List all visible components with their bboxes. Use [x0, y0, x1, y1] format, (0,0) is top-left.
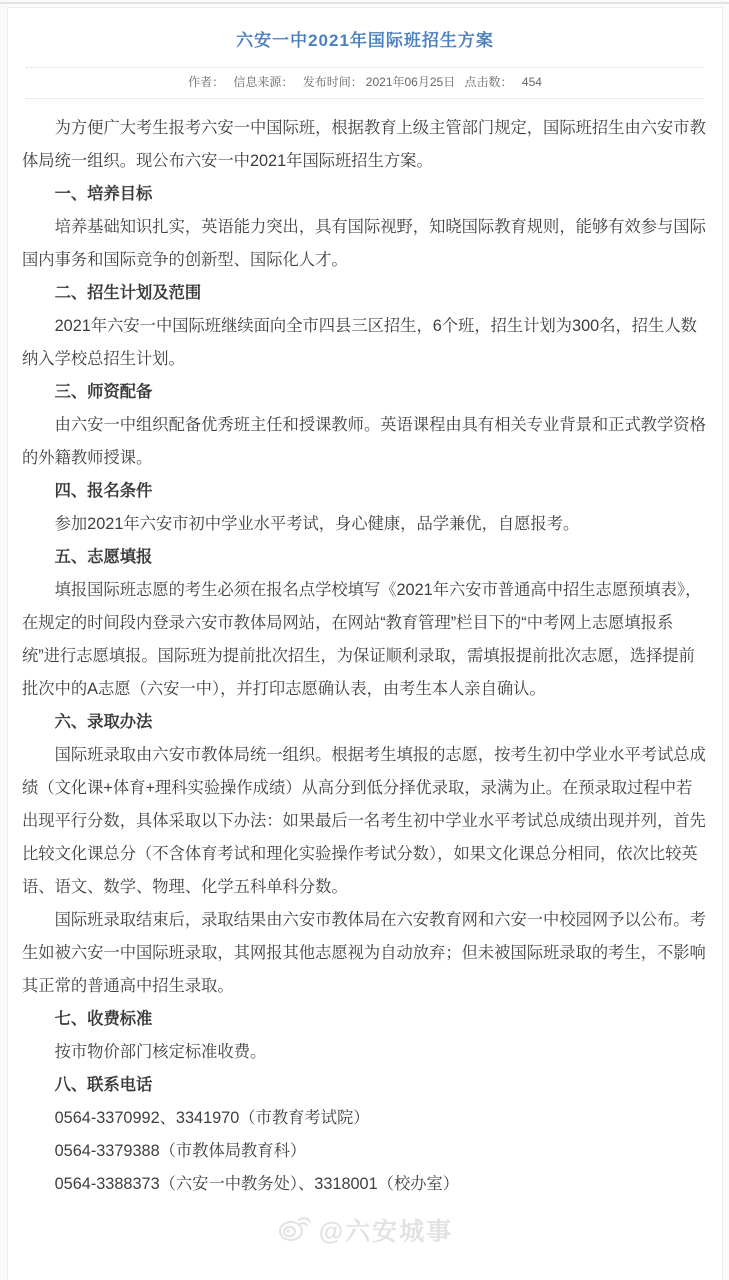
paragraph: 2021年六安一中国际班继续面向全市四县三区招生，6个班，招生计划为300名，招… — [22, 310, 708, 376]
contact-phone-line: 0564-3370992、3341970（市教育考试院） — [22, 1102, 708, 1135]
watermark: @六安城事 — [8, 1211, 722, 1250]
meta-author-label: 作者： — [188, 75, 224, 89]
meta-publish-label: 发布时间： — [303, 75, 363, 89]
content-card: 六安一中2021年国际班招生方案 作者： 信息来源： 发布时间：2021年06月… — [7, 7, 723, 1280]
contact-phone-line: 0564-3388373（六安一中教务处）、3318001（校办室） — [22, 1168, 708, 1201]
watermark-text: @六安城事 — [319, 1212, 453, 1248]
meta-source-label: 信息来源： — [233, 75, 293, 89]
weibo-icon — [277, 1211, 313, 1250]
section-heading-7: 七、收费标准 — [22, 1003, 708, 1036]
meta-hits-count: 454 — [522, 75, 542, 89]
section-heading-3: 三、师资配备 — [22, 376, 708, 409]
paragraph: 国际班录取由六安市教体局统一组织。根据考生填报的志愿，按考生初中学业水平考试总成… — [22, 739, 708, 904]
paragraph: 由六安一中组织配备优秀班主任和授课教师。英语课程由具有相关专业背景和正式教学资格… — [22, 409, 708, 475]
section-heading-5: 五、志愿填报 — [22, 541, 708, 574]
paragraph: 国际班录取结束后，录取结果由六安市教体局在六安教育网和六安一中校园网予以公布。考… — [22, 904, 708, 1003]
article-body: 为方便广大考生报考六安一中国际班，根据教育上级主管部门规定，国际班招生由六安市教… — [22, 112, 708, 1201]
paragraph: 培养基础知识扎实，英语能力突出，具有国际视野，知晓国际教育规则，能够有效参与国际… — [22, 211, 708, 277]
intro-paragraph: 为方便广大考生报考六安一中国际班，根据教育上级主管部门规定，国际班招生由六安市教… — [22, 112, 708, 178]
section-heading-1: 一、培养目标 — [22, 178, 708, 211]
paragraph: 填报国际班志愿的考生必须在报名点学校填写《2021年六安市普通高中招生志愿预填表… — [22, 574, 708, 706]
contact-phone-line: 0564-3379388（市教体局教育科） — [22, 1135, 708, 1168]
section-heading-4: 四、报名条件 — [22, 475, 708, 508]
paragraph: 按市物价部门核定标准收费。 — [22, 1036, 708, 1069]
page-title: 六安一中2021年国际班招生方案 — [24, 30, 706, 52]
paragraph: 参加2021年六安市初中学业水平考试，身心健康，品学兼优，自愿报考。 — [22, 508, 708, 541]
section-heading-6: 六、录取办法 — [22, 706, 708, 739]
top-divider — [0, 2, 729, 4]
meta-bar: 作者： 信息来源： 发布时间：2021年06月25日 点击数： 454 — [26, 67, 704, 99]
section-heading-2: 二、招生计划及范围 — [22, 277, 708, 310]
section-heading-8: 八、联系电话 — [22, 1069, 708, 1102]
meta-publish-date: 2021年06月25日 — [366, 75, 455, 89]
meta-hits-label: 点击数： — [465, 75, 513, 89]
